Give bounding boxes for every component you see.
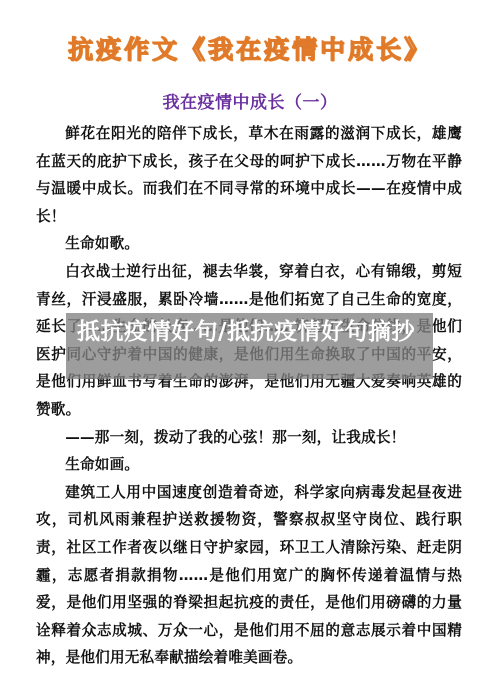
paragraph-life-song: 生命如歌。 [36, 230, 462, 258]
article-body: 鲜花在阳光的陪伴下成长，草木在雨露的滋润下成长，雄鹰在蓝天的庇护下成长，孩子在父… [36, 120, 462, 672]
banner-title: 抗疫作文《我在疫情中成长》 [0, 30, 500, 66]
section-title: 我在疫情中成长（一） [0, 88, 500, 113]
caption-overlay-text: 抵抗疫情好句/抵抗疫情好句摘抄 [76, 318, 416, 346]
paragraph-moment: ——那一刻，拨动了我的心弦！那一刻，让我成长！ [36, 424, 462, 452]
paragraph-workers: 建筑工人用中国速度创造着奇迹，科学家向病毒发起昼夜进攻，司机风雨兼程护送救援物资… [36, 479, 462, 672]
paragraph-intro: 鲜花在阳光的陪伴下成长，草木在雨露的滋润下成长，雄鹰在蓝天的庇护下成长，孩子在父… [36, 120, 462, 230]
paragraph-life-painting: 生命如画。 [36, 451, 462, 479]
